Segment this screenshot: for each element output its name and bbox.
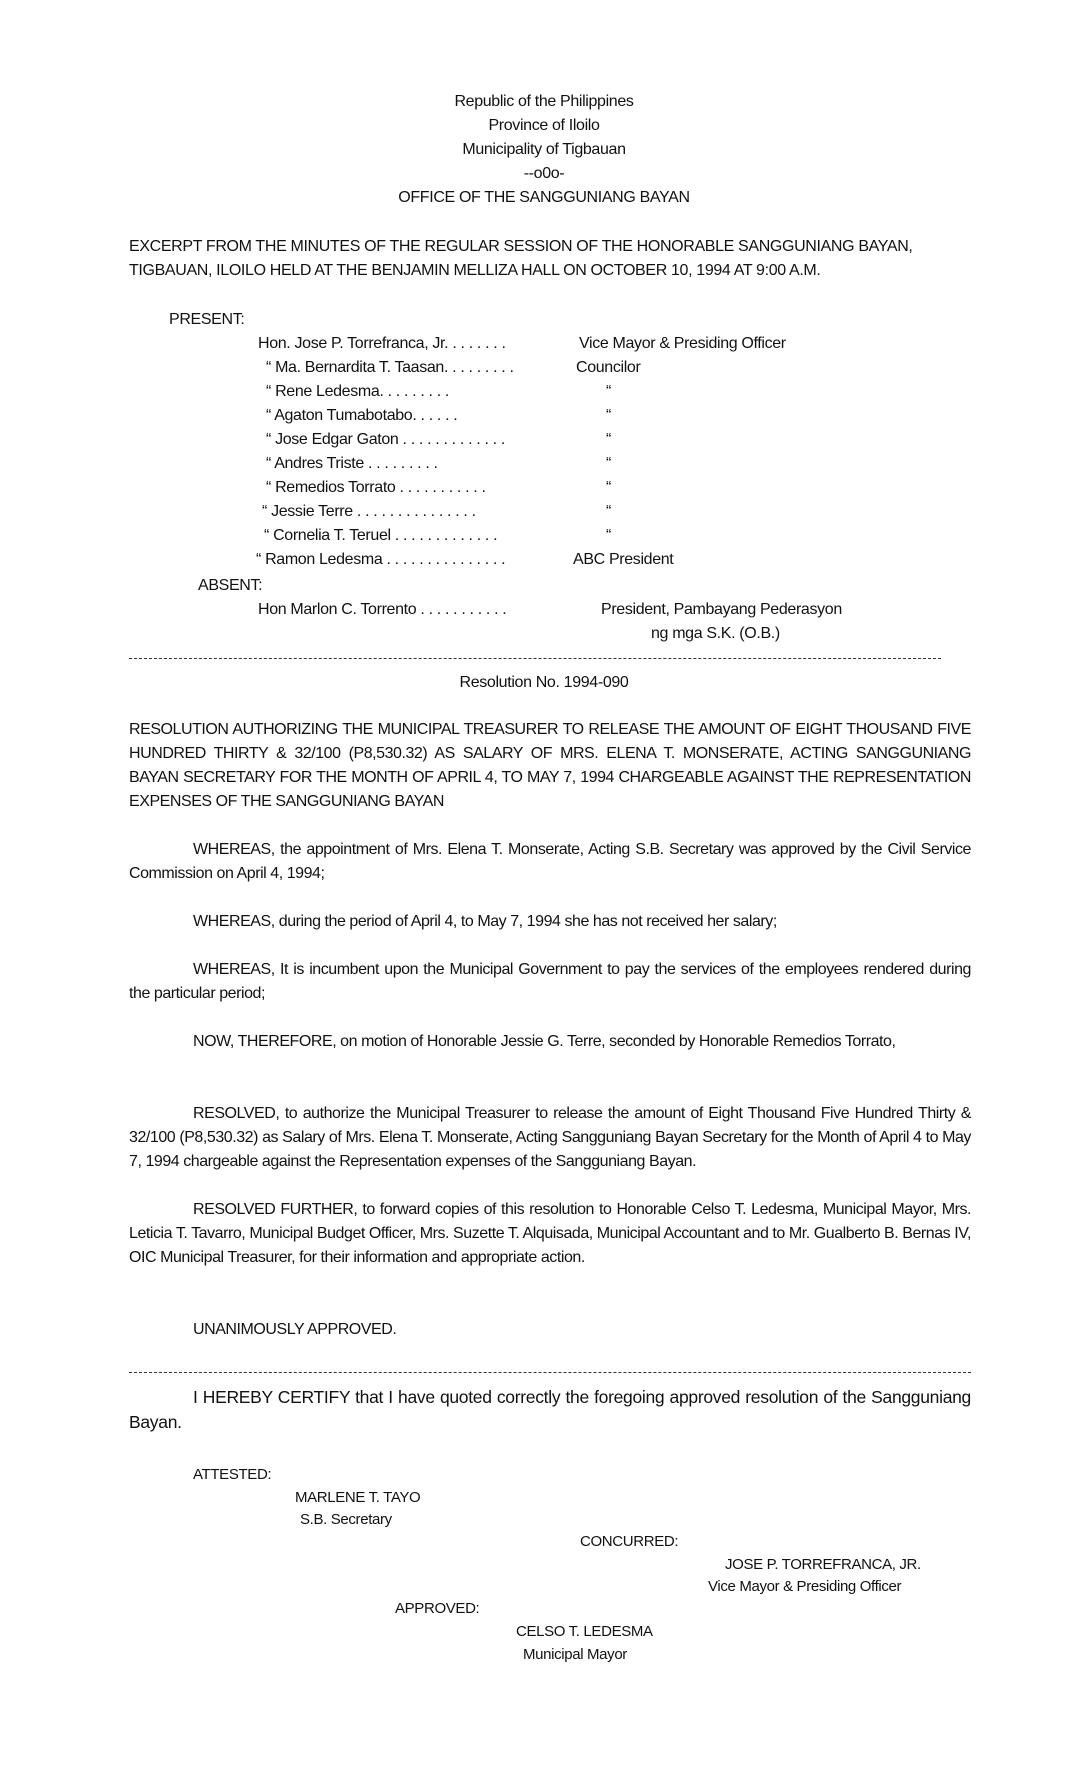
present-member-position: “ [606, 430, 611, 450]
resolution-number: Resolution No. 1994-090 [0, 673, 1088, 693]
section-divider [129, 658, 941, 659]
present-member-name: “ Jose Edgar Gaton . . . . . . . . . . .… [266, 430, 505, 450]
absent-member-name: Hon Marlon C. Torrento . . . . . . . . .… [258, 600, 506, 620]
present-member-position: Vice Mayor & Presiding Officer [579, 334, 786, 354]
header-municipality: Municipality of Tigbauan [0, 140, 1088, 160]
present-member-name: “ Andres Triste . . . . . . . . . [266, 454, 438, 474]
whereas-incumbent: WHEREAS, It is incumbent upon the Munici… [129, 958, 971, 1006]
present-member-name: Hon. Jose P. Torrefranca, Jr. . . . . . … [258, 334, 506, 354]
approved-title: Municipal Mayor [523, 1645, 627, 1665]
resolved-further: RESOLVED FURTHER, to forward copies of t… [129, 1198, 971, 1270]
present-member-position: “ [606, 478, 611, 498]
present-member-name: “ Agaton Tumabotabo. . . . . . [266, 406, 457, 426]
header-republic: Republic of the Philippines [0, 92, 1088, 112]
concurred-label: CONCURRED: [580, 1532, 678, 1552]
present-member-position: “ [606, 502, 611, 522]
present-member-name: “ Cornelia T. Teruel . . . . . . . . . .… [264, 526, 497, 546]
present-member-position: “ [606, 454, 611, 474]
concurred-title: Vice Mayor & Presiding Officer [708, 1577, 901, 1597]
present-member-position: “ [606, 382, 611, 402]
concurred-name: JOSE P. TORREFRANCA, JR. [725, 1555, 921, 1575]
present-member-name: “ Remedios Torrato . . . . . . . . . . . [266, 478, 486, 498]
header-office: OFFICE OF THE SANGGUNIANG BAYAN [0, 188, 1088, 208]
absent-member-position: President, Pambayang Pederasyon [601, 600, 842, 620]
approved-name: CELSO T. LEDESMA [516, 1622, 653, 1642]
excerpt-line-2: TIGBAUAN, ILOILO HELD AT THE BENJAMIN ME… [129, 261, 821, 281]
present-member-name: “ Ma. Bernardita T. Taasan. . . . . . . … [266, 358, 514, 378]
present-member-name: “ Ramon Ledesma . . . . . . . . . . . . … [256, 550, 505, 570]
resolved: RESOLVED, to authorize the Municipal Tre… [129, 1102, 971, 1174]
certification-text: I HEREBY CERTIFY that I have quoted corr… [129, 1385, 971, 1435]
present-member-name: “ Rene Ledesma. . . . . . . . . [266, 382, 449, 402]
attested-label: ATTESTED: [193, 1465, 271, 1485]
present-member-position: “ [606, 406, 611, 426]
unanimously-approved: UNANIMOUSLY APPROVED. [129, 1318, 971, 1342]
certification-divider [129, 1372, 971, 1373]
present-member-name: “ Jessie Terre . . . . . . . . . . . . .… [262, 502, 476, 522]
whereas-salary: WHEREAS, during the period of April 4, t… [129, 910, 971, 934]
present-label: PRESENT: [169, 310, 244, 330]
attested-name: MARLENE T. TAYO [295, 1488, 420, 1508]
attested-title: S.B. Secretary [300, 1510, 392, 1530]
present-member-position: ABC President [573, 550, 673, 570]
absent-label: ABSENT: [198, 576, 262, 596]
absent-member-position-line2: ng mga S.K. (O.B.) [651, 624, 780, 644]
whereas-appointment: WHEREAS, the appointment of Mrs. Elena T… [129, 838, 971, 886]
document-page: Republic of the Philippines Province of … [0, 0, 1088, 1792]
resolution-title: RESOLUTION AUTHORIZING THE MUNICIPAL TRE… [129, 718, 971, 814]
present-member-position: Councilor [576, 358, 640, 378]
now-therefore: NOW, THEREFORE, on motion of Honorable J… [129, 1030, 971, 1054]
header-divider-ornament: --o0o- [0, 164, 1088, 184]
present-member-position: “ [606, 526, 611, 546]
excerpt-line-1: EXCERPT FROM THE MINUTES OF THE REGULAR … [129, 237, 913, 257]
approved-label: APPROVED: [395, 1599, 479, 1619]
header-province: Province of Iloilo [0, 116, 1088, 136]
